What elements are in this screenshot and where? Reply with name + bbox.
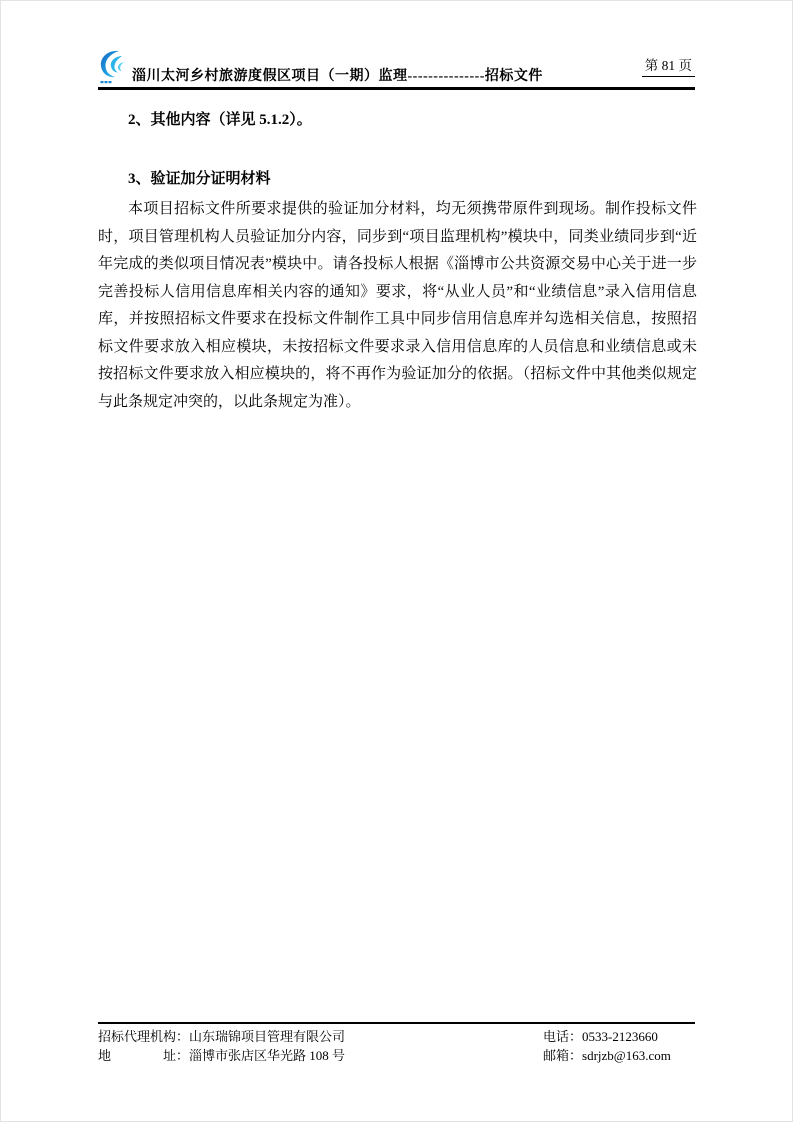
address-label: 地 址： — [98, 1048, 189, 1063]
section-3-heading: 3、验证加分证明材料 — [98, 168, 697, 190]
phone-value: 0533-2123660 — [582, 1029, 658, 1044]
phone-label: 电话： — [543, 1029, 582, 1044]
company-logo-icon — [98, 49, 128, 87]
page-footer: 招标代理机构：山东瑞锦项目管理有限公司 地 址：淄博市张店区华光路 108 号 … — [98, 1022, 695, 1065]
email-label: 邮箱： — [543, 1048, 582, 1063]
page-header: 淄川太河乡村旅游度假区项目（一期）监理---------------招标文件 第… — [98, 49, 695, 87]
footer-agency-line: 招标代理机构：山东瑞锦项目管理有限公司 — [98, 1028, 543, 1047]
email-value: sdrjzb@163.com — [582, 1048, 671, 1063]
document-page: 淄川太河乡村旅游度假区项目（一期）监理---------------招标文件 第… — [0, 0, 793, 1122]
footer-phone-line: 电话：0533-2123660 — [543, 1028, 695, 1047]
footer-address-line: 地 址：淄博市张店区华光路 108 号 — [98, 1047, 543, 1066]
address-value: 淄博市张店区华光路 108 号 — [189, 1048, 345, 1063]
footer-email-line: 邮箱：sdrjzb@163.com — [543, 1047, 695, 1066]
header-left-group: 淄川太河乡村旅游度假区项目（一期）监理---------------招标文件 — [98, 49, 543, 87]
header-rule — [98, 87, 695, 90]
document-body: 2、其他内容（详见 5.1.2）。 3、验证加分证明材料 本项目招标文件所要求提… — [98, 105, 697, 416]
footer-right-column: 电话：0533-2123660 邮箱：sdrjzb@163.com — [543, 1028, 695, 1065]
agency-label: 招标代理机构： — [98, 1029, 189, 1044]
agency-value: 山东瑞锦项目管理有限公司 — [189, 1029, 345, 1044]
header-title: 淄川太河乡村旅游度假区项目（一期）监理---------------招标文件 — [132, 65, 543, 87]
footer-left-column: 招标代理机构：山东瑞锦项目管理有限公司 地 址：淄博市张店区华光路 108 号 — [98, 1028, 543, 1065]
page-number: 第 81 页 — [642, 54, 695, 77]
item-2-other-content: 2、其他内容（详见 5.1.2）。 — [98, 109, 697, 131]
section-3-paragraph: 本项目招标文件所要求提供的验证加分材料，均无须携带原件到现场。制作投标文件时，项… — [98, 196, 697, 416]
